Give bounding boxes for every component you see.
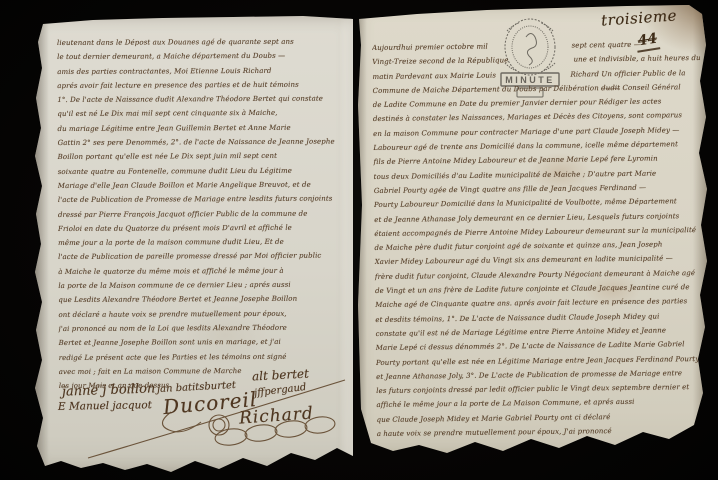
manuscript-line: a haute voix se prendre mutuellement pou… xyxy=(377,423,705,441)
right-page: troisieme 44 MINUTE Aujourdhui premier o… xyxy=(357,5,707,457)
right-page-text: Aujourdhui premier octobre mil sept cent… xyxy=(372,37,705,441)
left-page-signatures: alt bertetjanne j boillonjan batitsburte… xyxy=(33,16,353,472)
signature: Richard xyxy=(238,403,314,428)
left-page: lieutenant dans le Dépost aux Douanes ag… xyxy=(33,16,353,472)
document-scan: lieutenant dans le Dépost aux Douanes ag… xyxy=(0,0,718,480)
signature: alt bertet xyxy=(252,367,310,384)
folio-note: troisieme xyxy=(600,6,677,29)
signature: E Manuel jacquot xyxy=(58,399,152,413)
signature: janne j boillon xyxy=(62,381,156,399)
signature: jffpergaud xyxy=(254,382,307,399)
